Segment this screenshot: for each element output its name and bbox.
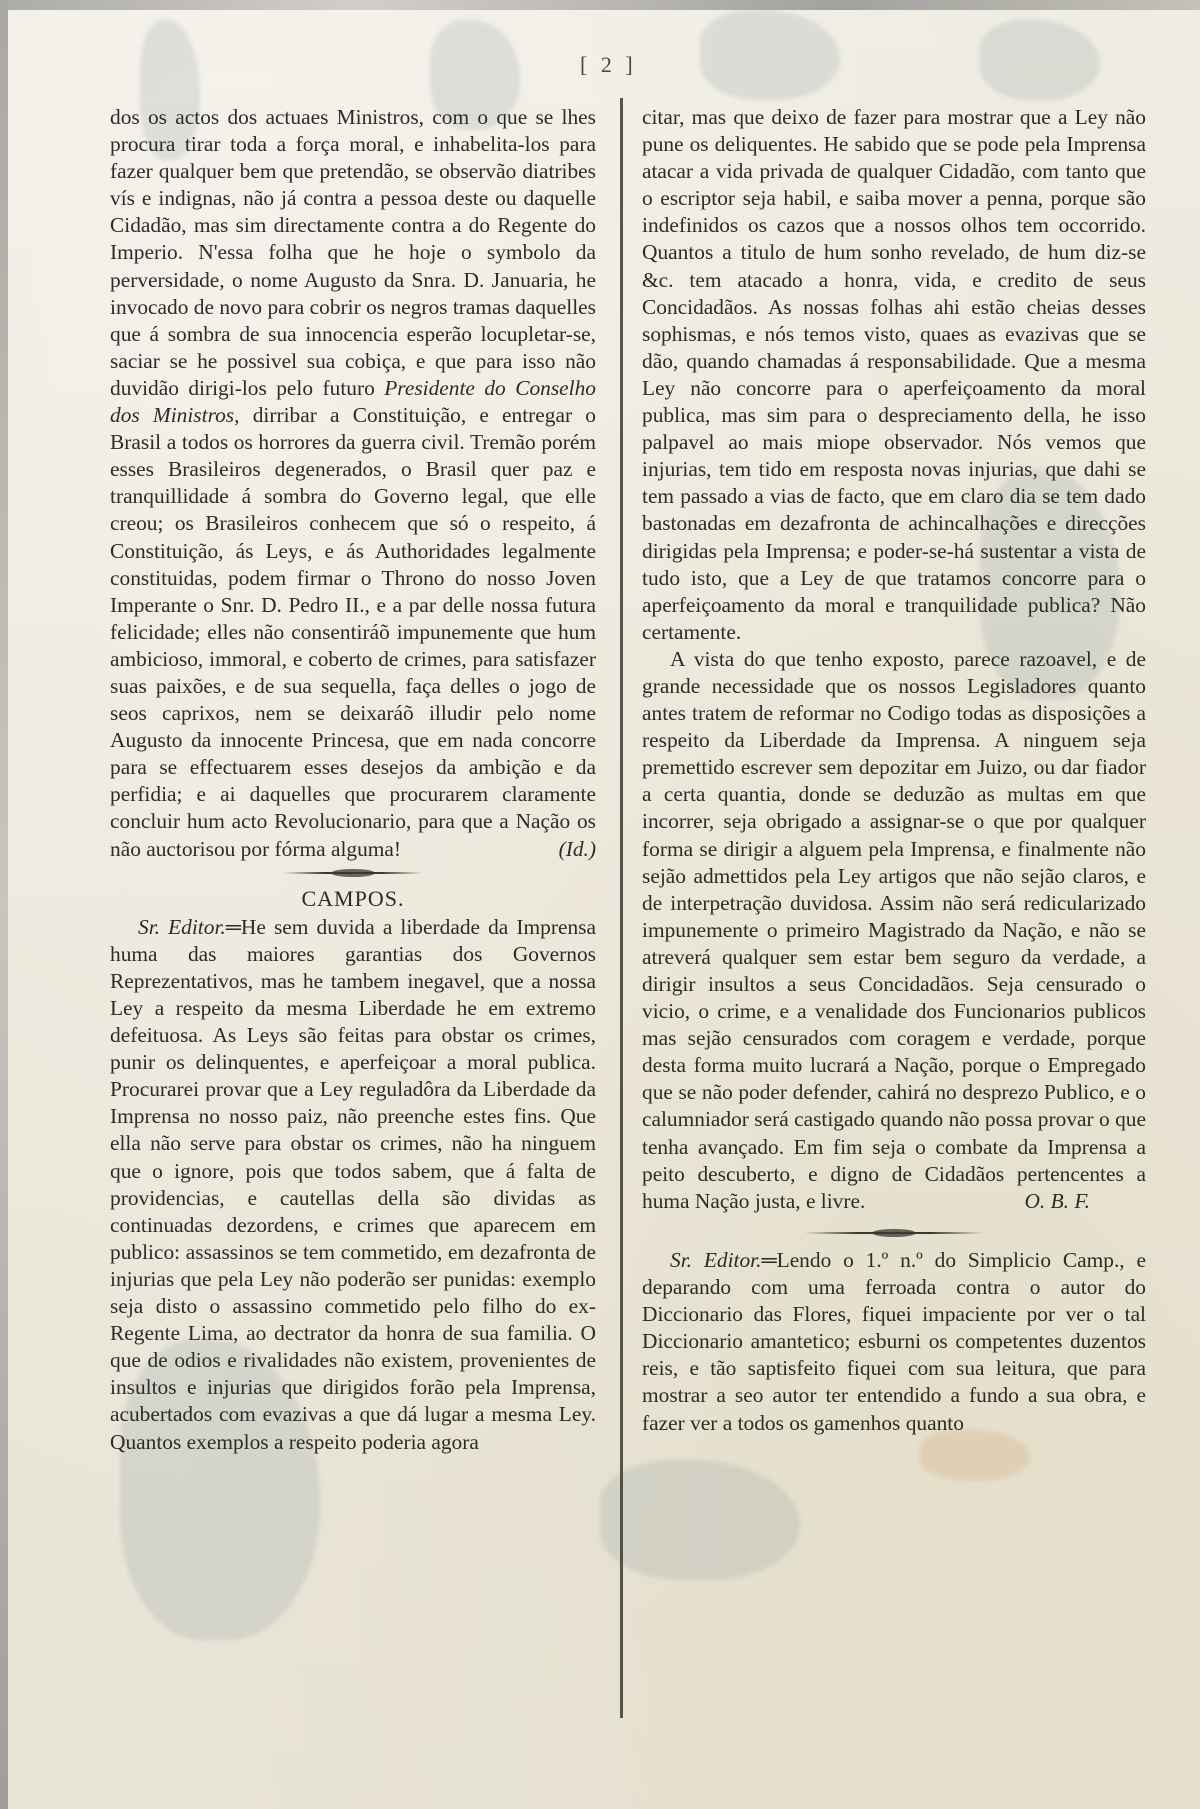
page-number: [ 2 ] — [580, 52, 637, 78]
right-column: citar, mas que deixo de fazer para mostr… — [642, 104, 1146, 1437]
section-divider-ornament — [804, 1229, 984, 1237]
newspaper-page: [ 2 ] dos os actos dos actuaes Ministros… — [0, 0, 1200, 1809]
letter-salutation: Sr. Editor. — [138, 915, 226, 939]
column-divider — [620, 98, 623, 1718]
water-stain — [980, 20, 1100, 100]
letter-paragraph-2: A vista do que tenho exposto, parece raz… — [642, 646, 1146, 1215]
water-stain — [920, 1430, 1030, 1480]
letter-body: ═He sem duvida a liberdade da Imprensa h… — [110, 915, 596, 1454]
left-column: dos os actos dos actuaes Ministros, com … — [110, 104, 596, 1456]
letter-body: ═Lendo o 1.º n.º do Simplicio Camp., e d… — [642, 1248, 1146, 1435]
page-top-edge — [0, 0, 1200, 10]
article-body-cont: dirribar a Constituição, e entregar o Br… — [110, 403, 596, 861]
water-stain — [600, 1460, 800, 1580]
second-letter: Sr. Editor.═Lendo o 1.º n.º do Simplicio… — [642, 1247, 1146, 1437]
water-stain — [700, 10, 840, 100]
article-body: dos os actos dos actuaes Ministros, com … — [110, 105, 596, 400]
page-left-edge — [0, 0, 8, 1809]
article-text: dos os actos dos actuaes Ministros, com … — [110, 104, 596, 863]
section-divider-ornament — [283, 869, 423, 877]
section-heading: CAMPOS. — [110, 885, 596, 912]
letter-text: Sr. Editor.═He sem duvida a liberdade da… — [110, 914, 596, 1456]
attribution: (Id.) — [559, 836, 596, 863]
letter-salutation: Sr. Editor. — [670, 1248, 761, 1272]
letter-continuation: citar, mas que deixo de fazer para mostr… — [642, 104, 1146, 646]
